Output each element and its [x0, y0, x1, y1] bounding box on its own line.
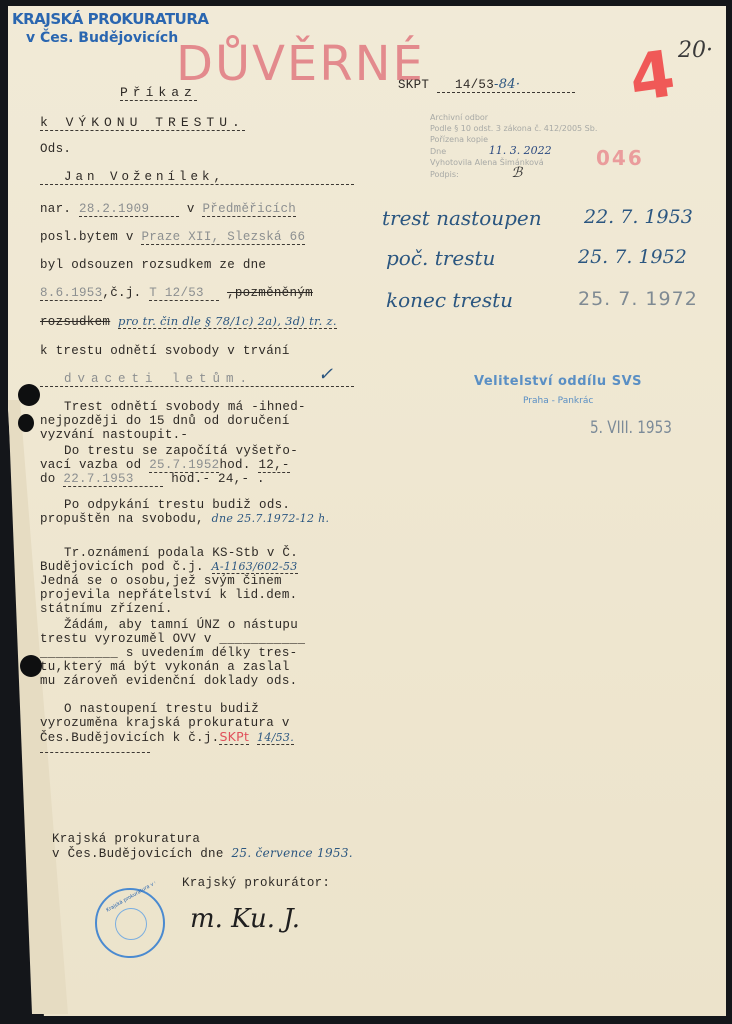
- seal-emblem: [115, 908, 147, 940]
- annotation-count-label: poč. trestu: [386, 246, 495, 270]
- svs-stamp-date: 5. VIII. 1953: [590, 418, 672, 438]
- file-ref: SKPT 14/53-84·: [398, 78, 575, 93]
- closing-rule: [40, 752, 150, 753]
- footer-office: Krajská prokuratura v Čes.Budějovicích d…: [52, 832, 353, 861]
- page-number-hand: 20·: [678, 38, 713, 63]
- annotation-start-date: 22. 7. 1953: [584, 206, 693, 228]
- paragraph-4: Tr.oznámení podala KS-Stb v Č. Budějovic…: [40, 546, 298, 616]
- title-line1: Příkaz: [120, 86, 197, 101]
- archive-stamp: Archivní odbor Podle § 10 odst. 3 zákona…: [430, 112, 597, 180]
- sentence-length: dvaceti letům.: [40, 372, 354, 387]
- sentenced-line: byl odsouzen rozsudkem ze dne: [40, 258, 266, 272]
- office-stamp-line2: v Čes. Budějovicích: [26, 30, 178, 46]
- file-ref-label: SKPT: [398, 78, 429, 92]
- residence-line: posl.bytem v Praze XII, Slezská 66: [40, 230, 305, 244]
- annotation-end-label: konec trestu: [386, 288, 513, 312]
- ods-label: Ods.: [40, 142, 71, 156]
- annotation-start-label: trest nastoupen: [382, 206, 542, 230]
- case-number: T 12/53: [149, 286, 219, 301]
- release-date-hand: dne 25.7.1972-12 h.: [212, 512, 330, 525]
- punch-hole-3: [20, 655, 42, 677]
- paragraph-6: O nastoupení trestu budiž vyrozuměna kra…: [40, 702, 294, 745]
- annotation-count-date: 25. 7. 1952: [578, 246, 687, 268]
- paragraph-1: Trest odnětí svobody má -ihned- nejpozdě…: [40, 400, 306, 442]
- paragraph-2: Do trestu se započítá vyšetřo- vací vazb…: [40, 444, 298, 487]
- signing-date: 25. července 1953.: [231, 846, 352, 860]
- verdict-date: 8.6.1953: [40, 286, 102, 301]
- birth-line: nar. 28.2.1909 v Předměřicích: [40, 202, 296, 217]
- svs-stamp-line1: Velitelství oddílu SVS: [474, 374, 642, 389]
- signature: m. Ku. J.: [190, 904, 300, 934]
- custody-from: 25.7.1952: [149, 458, 219, 473]
- punch-hole-2: [18, 414, 34, 432]
- offense-hand: pro tr. čin dle § 78/1c) 2a), 3d) tr. z.: [118, 314, 337, 329]
- paragraph-5: Žádám, aby tamní ÚNZ o nástupu trestu vy…: [40, 618, 305, 688]
- ref-red: SKPt: [219, 729, 249, 745]
- birth-place: Předměřicích: [202, 202, 296, 217]
- residence-value: Praze XII, Slezská 66: [141, 230, 305, 245]
- offense-line: rozsudkem pro tr. čin dle § 78/1c) 2a), …: [40, 314, 337, 329]
- file-ref-value: 14/53-84·: [437, 78, 575, 93]
- official-seal: Krajská prokuratura v Čes. Budějovicích: [95, 888, 165, 958]
- sentence-line: k trestu odnětí svobody v trvání: [40, 344, 290, 358]
- convict-name: Jan Voženílek,: [40, 170, 354, 185]
- confidential-stamp: DŮVĚRNÉ: [176, 36, 425, 92]
- custody-to: 22.7.1953: [63, 472, 163, 487]
- office-stamp-line1: KRAJSKÁ PROKURATURA: [12, 10, 209, 28]
- red-number-stamp: 046: [596, 146, 644, 170]
- title-line2: k VÝKONU TRESTU.: [40, 116, 245, 131]
- paragraph-3: Po odpykání trestu budiž ods. propuštěn …: [40, 498, 329, 526]
- birth-date: 28.2.1909: [79, 202, 179, 217]
- archive-date: 11. 3. 2022: [489, 144, 552, 157]
- signatory-title: Krajský prokurátor:: [182, 876, 330, 890]
- verdict-line: 8.6.1953,č.j. T 12/53 ,pozměněným: [40, 286, 313, 301]
- stb-ref-hand: A-1163/602-53: [212, 560, 298, 574]
- svs-stamp-line2: Praha - Pankrác: [523, 396, 593, 406]
- checkmark: ✓: [318, 364, 333, 385]
- annotation-end-date: 25. 7. 1972: [578, 288, 698, 310]
- punch-hole-1: [18, 384, 40, 406]
